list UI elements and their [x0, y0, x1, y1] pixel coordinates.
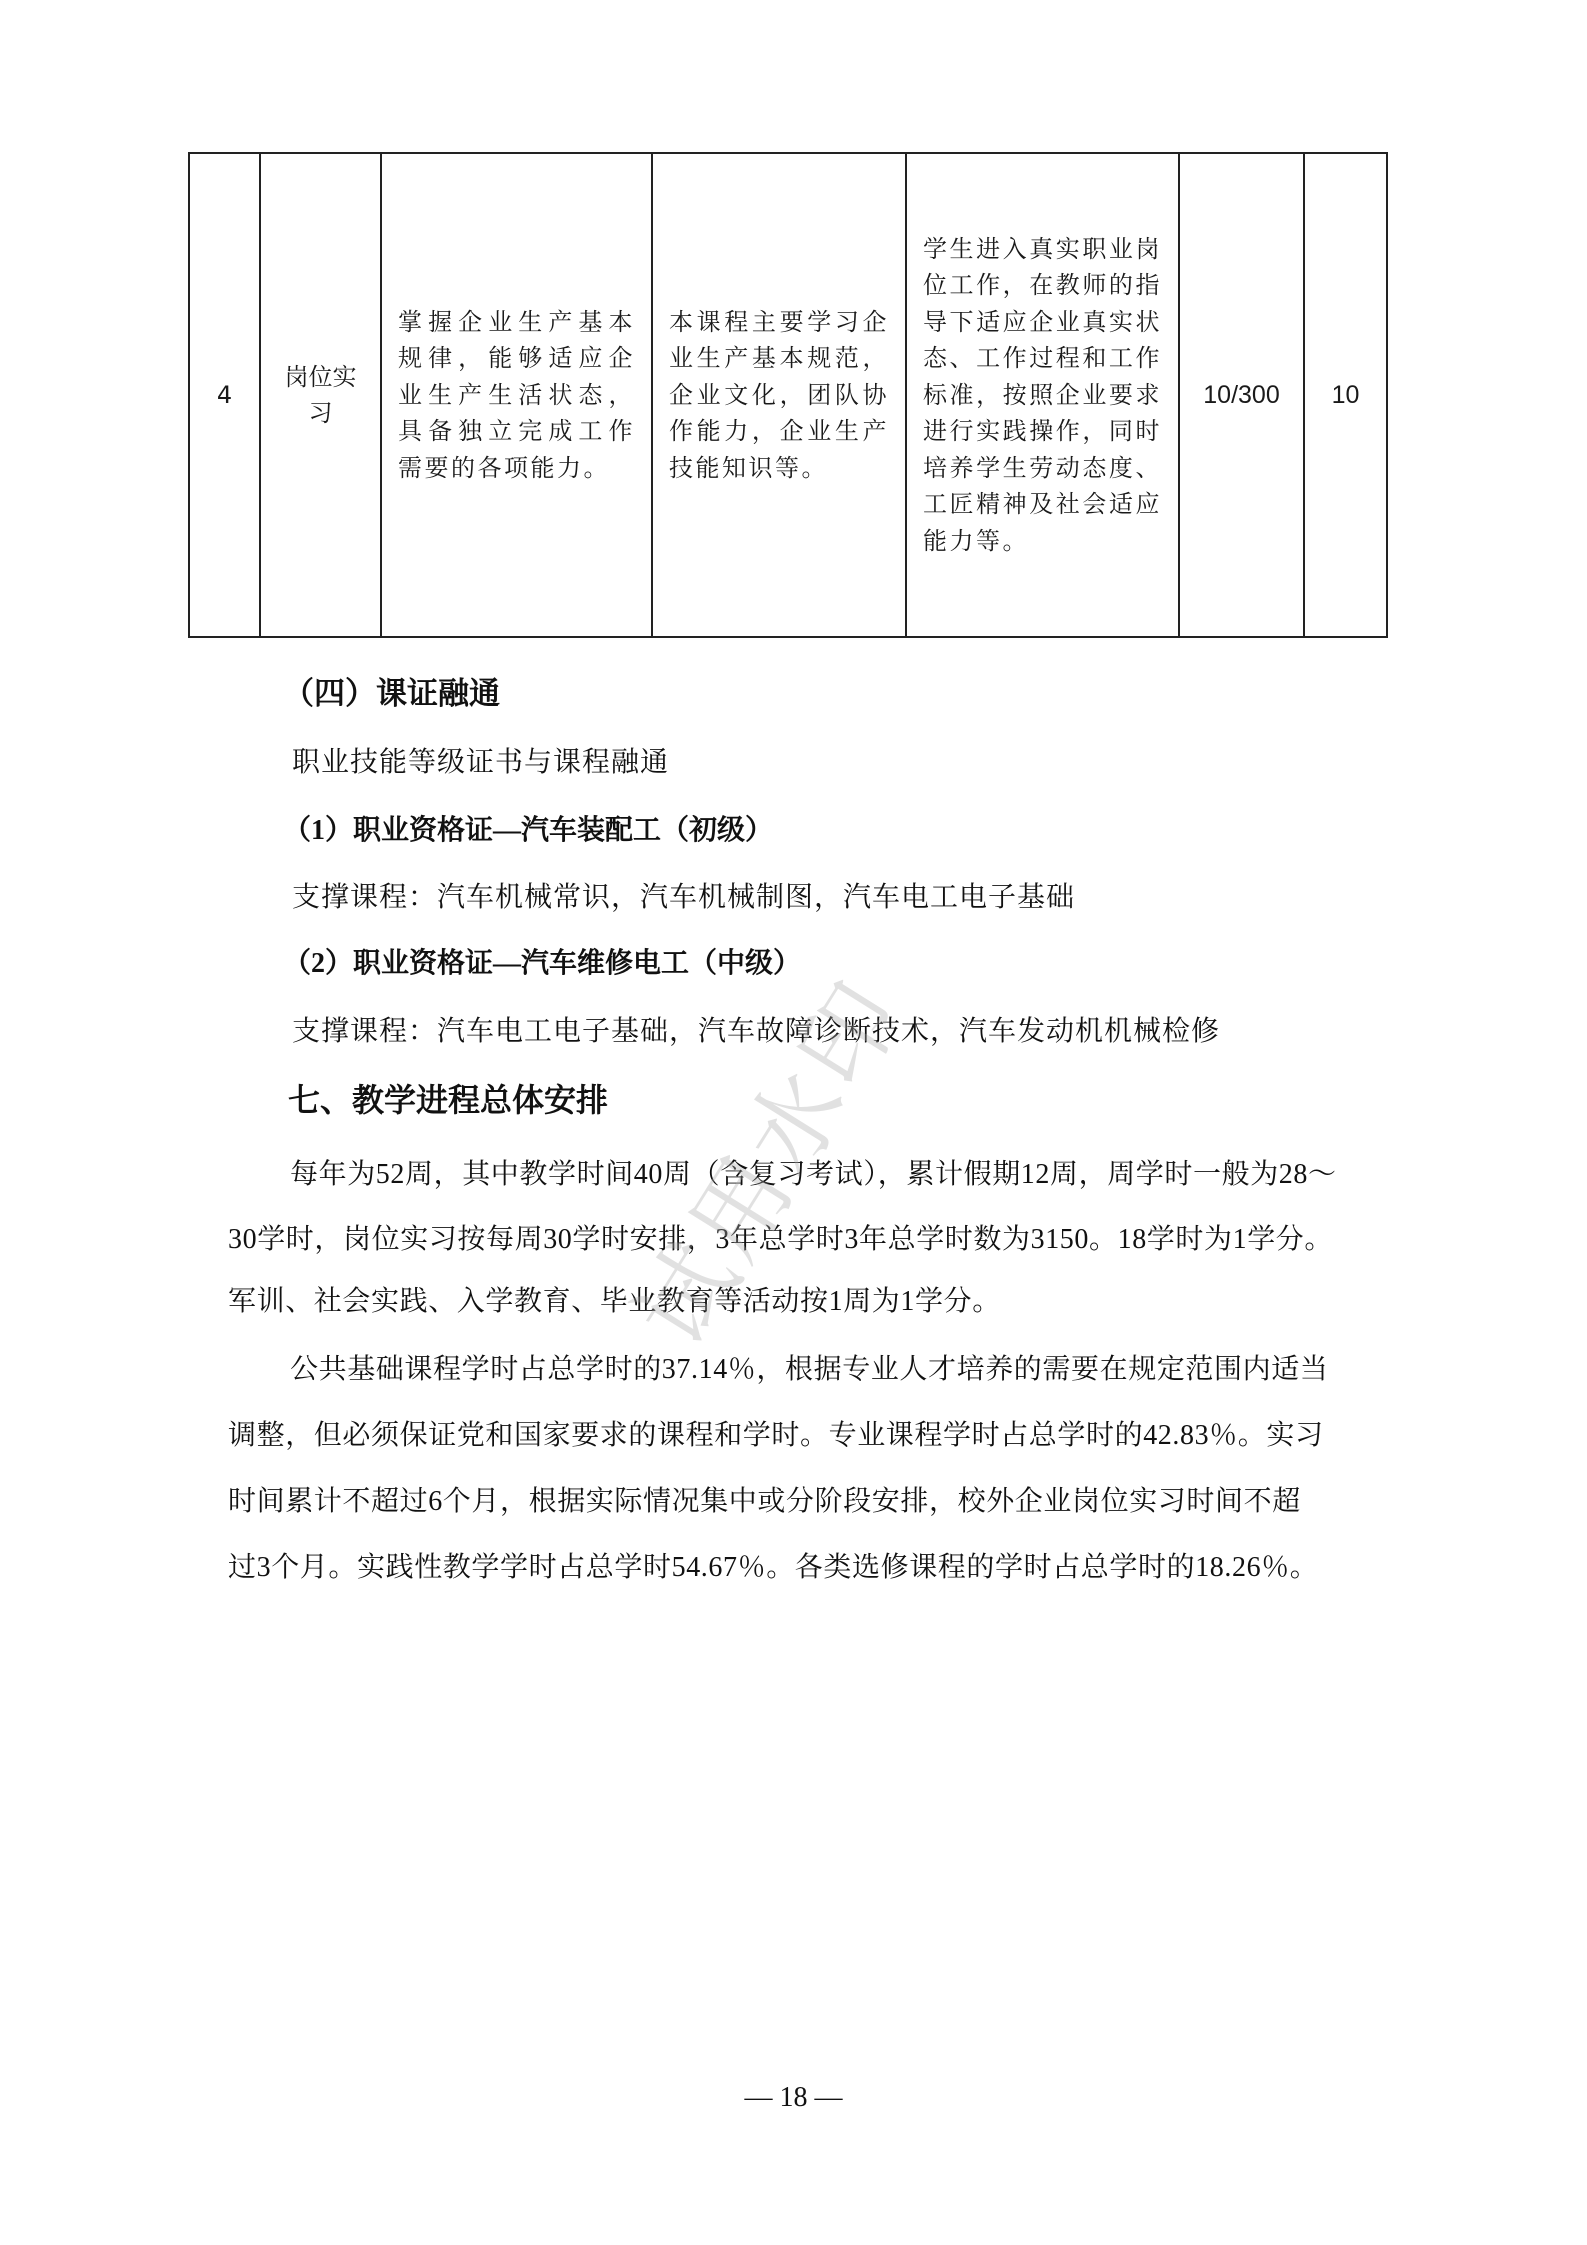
para2-line: 公共基础课程学时占总学时的37.14％，根据专业人才培养的需要在规定范围内适当 [290, 1347, 1328, 1387]
para2-line: 调整，但必须保证党和国家要求的课程和学时。专业课程学时占总学时的42.83％。实… [228, 1413, 1324, 1453]
weeks-hours: 10/300 [1179, 153, 1304, 637]
cert1-title: （1）职业资格证—汽车装配工（初级） [283, 808, 773, 848]
cert1-courses: 支撑课程：汽车机械常识，汽车机械制图，汽车电工电子基础 [292, 875, 1075, 915]
para2-line: 时间累计不超过6个月，根据实际情况集中或分阶段安排，校外企业岗位实习时间不超 [228, 1479, 1301, 1519]
para1-line: 每年为52周，其中教学时间40周（含复习考试），累计假期12周，周学时一般为28… [290, 1152, 1337, 1192]
row-index: 4 [189, 153, 260, 637]
para1-line: 军训、社会实践、入学教育、毕业教育等活动按1周为1学分。 [228, 1279, 1001, 1319]
course-objective: 掌握企业生产基本规律，能够适应企业生产生活状态，具备独立完成工作需要的各项能力。 [381, 153, 652, 637]
course-requirements: 学生进入真实职业岗位工作，在教师的指导下适应企业真实状态、工作过程和工作标准，按… [906, 153, 1179, 637]
course-name: 岗位实习 [260, 153, 381, 637]
course-table: 4 岗位实习 掌握企业生产基本规律，能够适应企业生产生活状态，具备独立完成工作需… [188, 152, 1388, 638]
section-intro: 职业技能等级证书与课程融通 [292, 740, 669, 780]
section-heading-7: 七、教学进程总体安排 [288, 1075, 608, 1121]
cert2-title: （2）职业资格证—汽车维修电工（中级） [283, 941, 801, 981]
document-page: 4 岗位实习 掌握企业生产基本规律，能够适应企业生产生活状态，具备独立完成工作需… [0, 0, 1587, 2245]
table-row: 4 岗位实习 掌握企业生产基本规律，能够适应企业生产生活状态，具备独立完成工作需… [189, 153, 1387, 637]
para1-line: 30学时，岗位实习按每周30学时安排，3年总学时3年总学时数为3150。18学时… [228, 1217, 1333, 1257]
credits: 10 [1304, 153, 1387, 637]
cert2-courses: 支撑课程：汽车电工电子基础，汽车故障诊断技术，汽车发动机机械检修 [292, 1009, 1220, 1049]
section-heading-4: （四）课证融通 [283, 668, 500, 713]
page-number: — 18 — [0, 2082, 1587, 2114]
para2-line: 过3个月。实践性教学学时占总学时54.67％。各类选修课程的学时占总学时的18.… [228, 1545, 1318, 1585]
course-content: 本课程主要学习企业生产基本规范，企业文化，团队协作能力，企业生产技能知识等。 [652, 153, 906, 637]
